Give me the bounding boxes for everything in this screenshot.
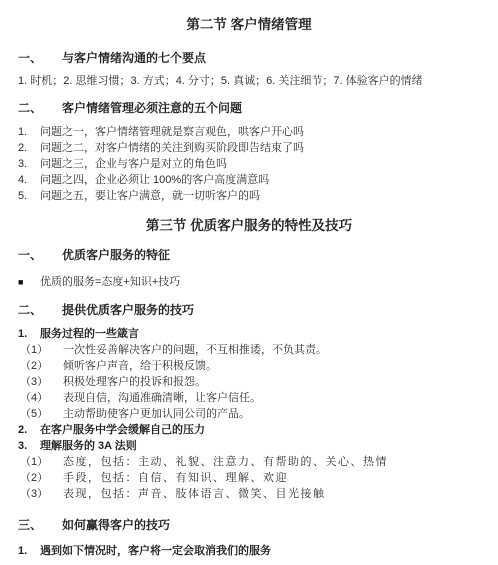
- list-item-number: （4）: [20, 390, 63, 406]
- list-item-text: 问题之一，客户情绪管理就是察言观色，哄客户开心吗: [40, 124, 304, 140]
- list-item-text: 主动帮助使客户更加认同公司的产品。: [63, 406, 250, 422]
- list-item-number: 2.: [18, 140, 40, 156]
- list-item-number: 1.: [18, 124, 40, 140]
- list-item: 5. 问题之五，要让客户满意，就一切听客户的吗: [18, 188, 480, 204]
- section3-title: 第三节 优质客户服务的特性及技巧: [18, 217, 480, 235]
- list-item-number: 4.: [18, 172, 40, 188]
- heading-label: 如何赢得客户的技巧: [62, 518, 170, 533]
- list-item-text: 一次性妥善解决客户的问题，不互相推诿，不负其责。: [63, 342, 327, 358]
- list-item-number: （5）: [20, 406, 63, 422]
- list-item: （1） 态度，包括：主动、礼貌、注意力、有帮助的、关心、热情: [18, 454, 480, 470]
- list-item-text: 在客户服务中学会缓解自己的压力: [40, 422, 205, 438]
- list-item-number: 2.: [18, 422, 40, 438]
- list-item-number: 5.: [18, 188, 40, 204]
- list-item: （5） 主动帮助使客户更加认同公司的产品。: [18, 406, 480, 422]
- list-item: 3. 问题之三，企业与客户是对立的角色吗: [18, 156, 480, 172]
- list-item-number: （2）: [20, 358, 63, 374]
- list-item-text: 问题之二，对客户情绪的关注到购买阶段即告结束了吗: [40, 140, 304, 156]
- seven-points-line: 1. 时机；2. 思维习惯；3. 方式；4. 分寸；5. 真诚；6. 关注细节；…: [18, 74, 480, 89]
- list-item: （4） 表现自信，沟通准确清晰，让客户信任。: [18, 390, 480, 406]
- list-item: （2） 手段，包括：自信、有知识、理解、欢迎: [18, 470, 480, 486]
- list-item-text: 表现自信，沟通准确清晰，让客户信任。: [63, 390, 261, 406]
- skill-item-3a-rule: 3. 理解服务的 3A 法则: [18, 438, 480, 454]
- heading-label: 客户情绪管理必须注意的五个问题: [62, 101, 242, 116]
- 3a-rules-list: （1） 态度，包括：主动、礼貌、注意力、有帮助的、关心、热情 （2） 手段，包括…: [18, 454, 480, 502]
- maxims-list: （1） 一次性妥善解决客户的问题，不互相推诿，不负其责。 （2） 倾听客户声音，…: [18, 342, 480, 422]
- heading-number: 二、: [18, 101, 62, 116]
- list-item: 1. 问题之一，客户情绪管理就是察言观色，哄客户开心吗: [18, 124, 480, 140]
- heading-number: 一、: [18, 51, 62, 66]
- heading-number: 二、: [18, 303, 62, 318]
- list-item: （2） 倾听客户声音，给于积极反馈。: [18, 358, 480, 374]
- list-item-text: 问题之五，要让客户满意，就一切听客户的吗: [40, 188, 260, 204]
- list-item-number: （2）: [20, 470, 63, 486]
- heading-service-skills: 二、 提供优质客户服务的技巧: [18, 303, 480, 318]
- skill-item-maxims: 1. 服务过程的一些箴言: [18, 326, 480, 342]
- list-item: 2. 问题之二，对客户情绪的关注到购买阶段即告结束了吗: [18, 140, 480, 156]
- section2-title: 第二节 客户情绪管理: [18, 16, 480, 34]
- list-item-text: 倾听客户声音，给于积极反馈。: [63, 358, 217, 374]
- heading-win-customers: 三、 如何赢得客户的技巧: [18, 518, 480, 533]
- heading-label: 优质客户服务的特征: [62, 248, 170, 263]
- list-item-text: 问题之三，企业与客户是对立的角色吗: [40, 156, 227, 172]
- square-bullet-icon: ■: [18, 275, 40, 290]
- list-item: （1） 一次性妥善解决客户的问题，不互相推诿，不负其责。: [18, 342, 480, 358]
- skill-item-pressure: 2. 在客户服务中学会缓解自己的压力: [18, 422, 480, 438]
- list-item: （3） 表现，包括：声音、肢体语言、微笑、目光接触: [18, 486, 480, 502]
- list-item: （3） 积极处理客户的投诉和报怨。: [18, 374, 480, 390]
- heading-label: 提供优质客户服务的技巧: [62, 303, 194, 318]
- list-item: 4. 问题之四，企业必须让 100%的客户高度满意吗: [18, 172, 480, 188]
- list-item-number: 3.: [18, 156, 40, 172]
- heading-number: 一、: [18, 248, 62, 263]
- list-item-text: 积极处理客户的投诉和报怨。: [63, 374, 206, 390]
- list-item-number: （1）: [20, 342, 63, 358]
- heading-seven-points: 一、 与客户情绪沟通的七个要点: [18, 51, 480, 66]
- list-item-text: 态度，包括：主动、礼貌、注意力、有帮助的、关心、热情: [63, 454, 388, 470]
- list-item-text: 问题之四，企业必须让 100%的客户高度满意吗: [40, 172, 269, 188]
- service-formula-text: 优质的服务=态度+知识+技巧: [40, 275, 180, 290]
- heading-five-problems: 二、 客户情绪管理必须注意的五个问题: [18, 101, 480, 116]
- list-item-text: 表现，包括：声音、肢体语言、微笑、目光接触: [63, 486, 326, 502]
- list-item-text: 理解服务的 3A 法则: [40, 438, 137, 454]
- list-item-number: （3）: [20, 486, 63, 502]
- service-formula-line: ■ 优质的服务=态度+知识+技巧: [18, 275, 480, 290]
- list-item-text: 遇到如下情况时，客户将一定会取消我们的服务: [40, 543, 271, 559]
- win-item-cancel-service: 1. 遇到如下情况时，客户将一定会取消我们的服务: [18, 543, 480, 559]
- list-item-text: 服务过程的一些箴言: [40, 326, 139, 342]
- list-item-number: （3）: [20, 374, 63, 390]
- list-item-text: 手段，包括：自信、有知识、理解、欢迎: [63, 470, 288, 486]
- list-item-number: 3.: [18, 438, 40, 454]
- list-item-number: （1）: [20, 454, 63, 470]
- heading-service-features: 一、 优质客户服务的特征: [18, 248, 480, 263]
- list-item-number: 1.: [18, 326, 40, 342]
- heading-number: 三、: [18, 518, 62, 533]
- list-item-number: 1.: [18, 543, 40, 559]
- heading-label: 与客户情绪沟通的七个要点: [62, 51, 206, 66]
- document-page: 第二节 客户情绪管理 一、 与客户情绪沟通的七个要点 1. 时机；2. 思维习惯…: [0, 0, 498, 565]
- five-problems-list: 1. 问题之一，客户情绪管理就是察言观色，哄客户开心吗 2. 问题之二，对客户情…: [18, 124, 480, 204]
